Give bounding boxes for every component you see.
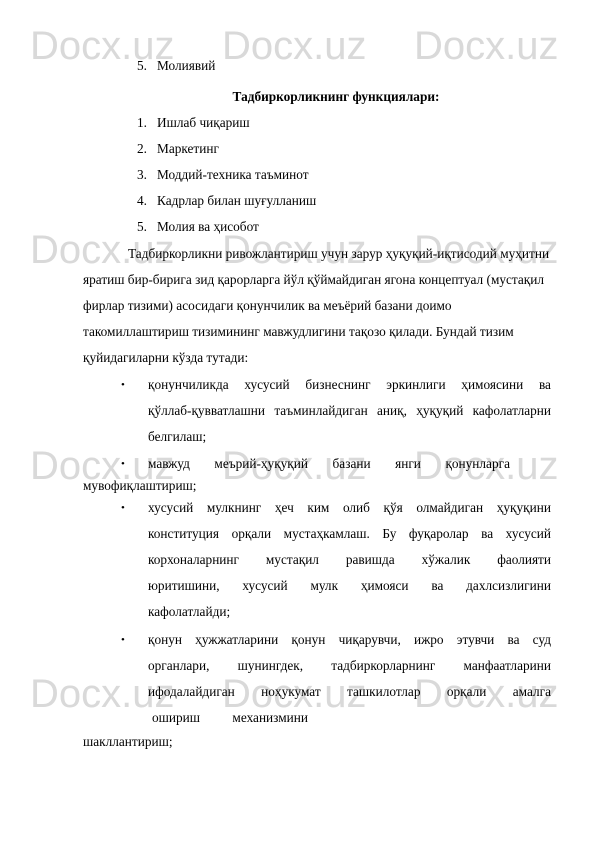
list-item-text: Ишлаб чиқариш — [157, 115, 250, 131]
word: кафолатларни — [473, 403, 551, 419]
word: қонунчиликда — [148, 377, 229, 393]
word: базани — [333, 456, 371, 472]
word: дахлсизлигини — [466, 578, 551, 594]
word: ифодалайдиган — [148, 684, 235, 700]
word: мустақил — [266, 552, 319, 568]
word: орқали — [447, 684, 487, 700]
word: хусусий — [506, 526, 551, 542]
paragraph-line: Тадбиркорликни ривожлантириш учун зарур … — [128, 246, 549, 262]
word: хусусий — [244, 377, 289, 393]
bullet-line: мавжудмеърий-ҳуқуқийбазаниянгиқонунларга — [148, 456, 510, 472]
word: меърий-ҳуқуқий — [214, 456, 308, 472]
document-page: 5. Молиявий Тадбиркорликнинг функциялари… — [0, 0, 595, 842]
bullet-line: кафолатлайди; — [148, 604, 230, 620]
word: ошириш — [152, 710, 200, 726]
word: олиб — [343, 500, 370, 516]
word: фуқаролар — [409, 526, 469, 542]
word: қонун — [291, 632, 325, 648]
list-item-text: Кадрлар билан шуғулланиш — [157, 193, 316, 209]
word: чиқарувчи, — [339, 632, 401, 648]
word: хусусий — [148, 500, 193, 516]
bullet-line: юритишини,хусусиймулкҳимоясивадахлсизлиг… — [148, 578, 551, 594]
word: амалга — [513, 684, 551, 700]
paragraph-line: қуйидагиларни кўзда тутади: — [83, 350, 248, 366]
list-item-text: Молия ва ҳисобот — [157, 219, 259, 235]
list-item-text: Молиявий — [157, 58, 215, 74]
word: манфаатларини — [464, 658, 551, 674]
bullet-line: қўллаб-қувватлашнитаъминлайдигананиқ,ҳуқ… — [148, 403, 551, 419]
word: ҳуқуқий — [416, 403, 463, 419]
list-number: 1. — [137, 115, 147, 131]
word: ва — [481, 526, 493, 542]
bullet-icon: • — [121, 458, 125, 470]
bullet-line: қонунҳужжатлариниқонунчиқарувчи,ижроэтув… — [148, 632, 551, 648]
word: ҳуқуқини — [497, 500, 551, 516]
word: тадбиркорларнинг — [331, 658, 435, 674]
list-item-text: Моддий-техника таъминот — [157, 167, 309, 183]
section-heading: Тадбиркорликнинг функциялари: — [0, 89, 595, 105]
bullet-line: шакллантириш; — [83, 734, 173, 750]
word: ва — [431, 578, 443, 594]
bullet-line: хусусиймулкнингҳечкимолибқўяолмайдиганҳу… — [148, 500, 551, 516]
bullet-line: оширишмеханизмини — [152, 710, 308, 726]
bullet-line: конституцияорқалимустаҳкамлаш.Буфуқарола… — [148, 526, 551, 542]
word: юритишини, — [148, 578, 220, 594]
word: орқали — [232, 526, 272, 542]
word: қўллаб-қувватлашни — [148, 403, 265, 419]
word: қонунларга — [445, 456, 510, 472]
word: хўжалик — [422, 552, 471, 568]
word: хусусий — [242, 578, 287, 594]
word: ноҳукумат — [261, 684, 321, 700]
bullet-line: ифодалайдиганноҳукуматташкилотларорқалиа… — [148, 684, 551, 700]
word: суд — [533, 632, 551, 648]
word: олмайдиган — [416, 500, 483, 516]
paragraph-line: такомиллаштириш тизимининг мавжудлигини … — [83, 324, 514, 340]
word: таъминлайдиган — [274, 403, 367, 419]
word: механизмини — [232, 710, 308, 726]
word: ва — [507, 632, 519, 648]
paragraph-line: фирлар тизими) асосидаги қонунчилик ва м… — [83, 298, 452, 314]
word: этувчи — [457, 632, 495, 648]
word: мустаҳкамлаш. — [284, 526, 370, 542]
paragraph-line: яратиш бир-бирига зид қарорларга йўл қўй… — [83, 272, 544, 288]
bullet-line: органлари,шунингдек,тадбиркорларнингманф… — [148, 658, 551, 674]
bullet-icon: • — [121, 379, 125, 391]
list-number: 5. — [137, 58, 147, 74]
word: равишда — [346, 552, 395, 568]
word: бизнеснинг — [305, 377, 370, 393]
list-item-text: Маркетинг — [157, 141, 219, 157]
word: ким — [307, 500, 329, 516]
word: ҳужжатларини — [195, 632, 278, 648]
word: фаолияти — [497, 552, 551, 568]
word: конституция — [148, 526, 219, 542]
word: органлари, — [148, 658, 209, 674]
word: ташкилотлар — [347, 684, 420, 700]
word: мулк — [310, 578, 338, 594]
word: мавжуд — [148, 456, 190, 472]
word: эркинлиги — [386, 377, 445, 393]
bullet-line: қонунчиликдахусусийбизнеснингэркинлигиҳи… — [148, 377, 551, 393]
list-number: 5. — [137, 219, 147, 235]
word: мулкнинг — [207, 500, 261, 516]
bullet-line: корхоналарнингмустақилравишдахўжаликфаол… — [148, 552, 551, 568]
word: аниқ, — [377, 403, 407, 419]
list-number: 2. — [137, 141, 147, 157]
word: қўя — [384, 500, 403, 516]
bullet-line: белгилаш; — [148, 429, 206, 445]
word: қонун — [148, 632, 182, 648]
word: Бу — [382, 526, 396, 542]
bullet-icon: • — [121, 502, 125, 514]
word: ҳимояси — [361, 578, 409, 594]
list-number: 3. — [137, 167, 147, 183]
word: ҳимоясини — [461, 377, 523, 393]
word: янги — [395, 456, 421, 472]
word: шунингдек, — [238, 658, 303, 674]
word: ва — [539, 377, 551, 393]
bullet-line: мувофиқлаштириш; — [83, 478, 197, 494]
word: ижро — [414, 632, 444, 648]
bullet-icon: • — [121, 634, 125, 646]
word: корхоналарнинг — [148, 552, 239, 568]
list-number: 4. — [137, 193, 147, 209]
word: ҳеч — [275, 500, 294, 516]
